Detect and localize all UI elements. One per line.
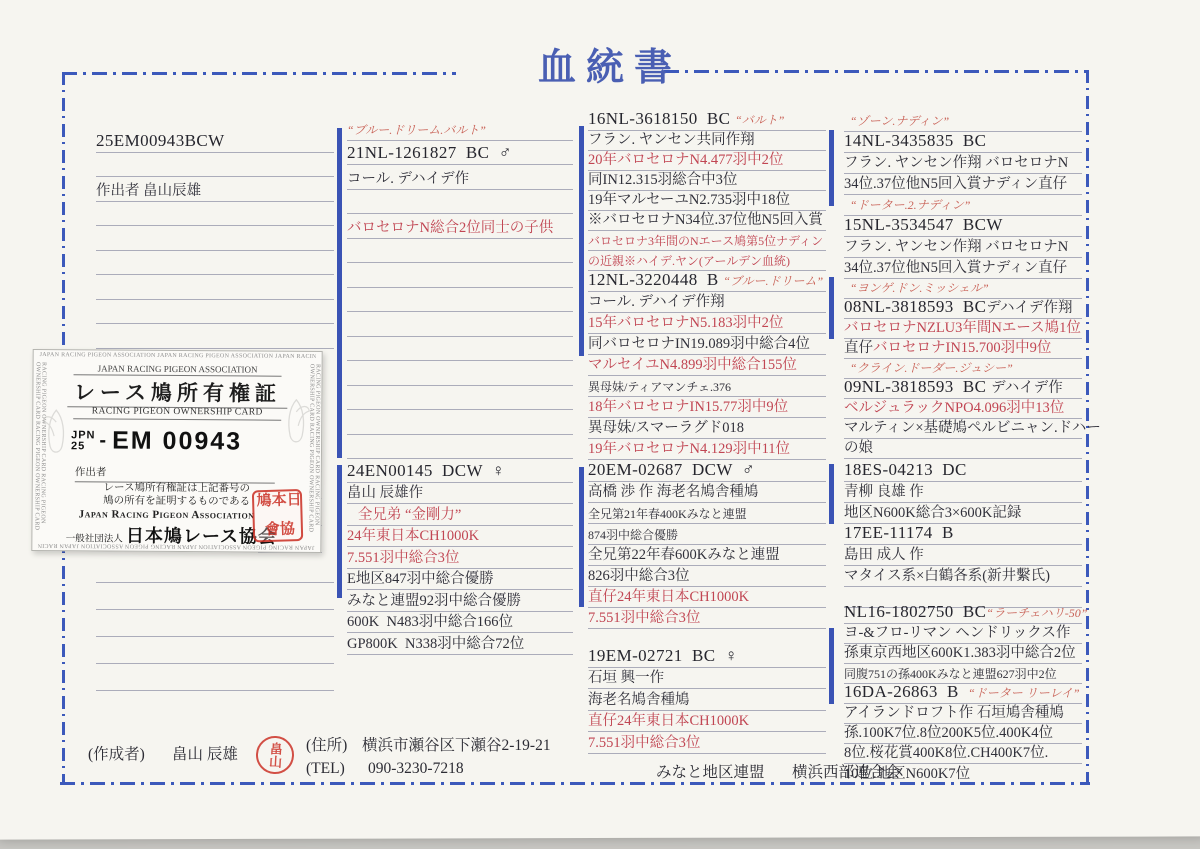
pedigree-text: フラン. ヤンセン作翔 バロセロナN [844, 235, 1068, 256]
pigeon-engraving-icon [41, 408, 71, 465]
card-title-japanese: レース鳩所有権証 [67, 376, 287, 409]
pedigree-text: “ブルー.ドリーム.バルト” [347, 121, 486, 139]
ownership-card: JAPAN RACING PIGEON ASSOCIATION JAPAN RA… [31, 349, 322, 553]
pedigree-line: 直仔バロセロナIN15.700羽中9位 [844, 339, 1082, 359]
pedigree-line: 高橋 渉 作 海老名鳩舎種鳩 [588, 482, 826, 503]
pedigree-text: 海老名鳩舎種鳩 [588, 688, 690, 709]
pedigree-block-gg2: “ヨンゲ.ドン.ミッシェル”08NL-3818593 BCデハイデ作翔バロセロナ… [844, 279, 1082, 459]
pedigree-line: フラン. ヤンセン作翔 バロセロナN [844, 237, 1082, 258]
pedigree-text: 34位.37位他N5回入賞ナディン直仔 [844, 256, 1067, 277]
pedigree-line: 孫東京西地区600K1.383羽中総合2位 [844, 644, 1082, 664]
pedigree-line [96, 556, 334, 583]
pedigree-text: デハイデ作翔 [986, 296, 1072, 317]
pedigree-line [347, 410, 573, 435]
column-divider-bar [829, 130, 834, 206]
pedigree-line [347, 288, 573, 313]
pedigree-line: 全兄弟 “金剛力” [347, 504, 573, 526]
pedigree-text: 青柳 良雄 作 [844, 480, 924, 501]
pedigree-line [347, 239, 573, 264]
pedigree-line: 同バロセロナIN19.089羽中総合4位 [588, 334, 826, 355]
pedigree-text: E地区847羽中総合優勝 [347, 567, 494, 588]
ring-country: JPN [71, 430, 95, 441]
pedigree-text: 826羽中総合3位 [588, 564, 690, 585]
pedigree-text: “ブルー.ドリーム” [723, 272, 823, 290]
pedigree-block-gg1: “ゾーン.ナディン”14NL-3435835 BCフラン. ヤンセン作翔 バロセ… [844, 111, 1082, 279]
pedigree-block-mgd: 19EM-02721 BC ♀石垣 興一作海老名鳩舎種鳩直仔24年東日本CH10… [588, 646, 826, 754]
card-corporate-type: 一般社団法人 [66, 534, 123, 544]
column-divider-bar [829, 464, 834, 524]
pedigree-block-pgd: 12NL-3220448 B “ブルー.ドリーム”コール. デハイデ作翔15年バ… [588, 271, 826, 460]
pedigree-line [347, 386, 573, 411]
pedigree-line [96, 251, 334, 276]
pedigree-text: バロセロナNZLU3年間Nエース鳩1位 [844, 316, 1081, 337]
pedigree-text: 直仔 [844, 336, 873, 357]
pedigree-text: 21NL-1261827 BC ♂ [347, 143, 512, 163]
pedigree-line: 全兄第21年春400Kみなと連盟 [588, 503, 826, 524]
pedigree-text: 24年東日本CH1000K [347, 524, 479, 545]
pedigree-text: 孫.100K7位.8位200K5位.400K4位 [844, 721, 1053, 742]
pedigree-line [96, 300, 334, 325]
seal-text: 協會 [263, 520, 294, 540]
pedigree-text: 34位.37位他N5回入賞ナディン直仔 [844, 172, 1067, 193]
pedigree-line: バロセロナN総合2位同士の子供 [347, 214, 573, 239]
pedigree-text: 孫東京西地区600K1.383羽中総合2位 [844, 641, 1076, 662]
column-divider-bar [829, 628, 834, 704]
pedigree-text: 石垣 興一作 [588, 666, 664, 687]
pedigree-line: 全兄第22年春600Kみなと連盟 [588, 545, 826, 566]
pedigree-text: 16NL-3618150 BC [588, 109, 735, 129]
pedigree-line: “ドーター.2.ナディン” [844, 195, 1082, 216]
card-ring-number: JPN25 - EM 00943 [71, 426, 285, 456]
ring-separator: - [99, 429, 106, 452]
pedigree-line [347, 312, 573, 337]
pedigree-text: 同腹751の孫400Kみなと連盟627羽中2位 [844, 665, 1057, 682]
pedigree-line: 600K N483羽中総合166位 [347, 612, 573, 634]
pedigree-text: フラン. ヤンセン共同作翔 [588, 128, 755, 149]
pedigree-line: E地区847羽中総合優勝 [347, 569, 573, 591]
pedigree-text: 19年バロセロナN4.129羽中11位 [588, 437, 790, 458]
column-divider-bar [337, 465, 342, 598]
pedigree-text: 16DA-26863 B [844, 682, 968, 702]
pedigree-text: 874羽中総合優勝 [588, 526, 678, 543]
pedigree-text: “ドーター リーレイ” [968, 684, 1080, 702]
pedigree-text: マルティン×基礎鳩ペルビニャン.ドハー [844, 416, 1101, 437]
pedigree-text: NL16-1802750 BC [844, 602, 986, 622]
pedigree-line: 826羽中総合3位 [588, 566, 826, 587]
pedigree-line [96, 637, 334, 664]
pedigree-line: 24EN00145 DCW ♀ [347, 461, 573, 483]
pedigree-text: 7.551羽中総合3位 [588, 606, 700, 627]
card-association-en: JAPAN RACING PIGEON ASSOCIATION [74, 363, 282, 376]
pedigree-line: マタイス系×白鶴各系(新井繫氏) [844, 566, 1082, 587]
pedigree-text: 08NL-3818593 BC [844, 297, 986, 317]
pedigree-line [347, 435, 573, 460]
seal-text: 日本鳩 [254, 491, 300, 520]
pedigree-block-dam: 24EN00145 DCW ♀畠山 辰雄作 全兄弟 “金剛力”24年東日本CH1… [347, 461, 573, 655]
pedigree-text: 19年マルセーユN2.735羽中18位 [588, 188, 790, 209]
pedigree-text: 12NL-3220448 B [588, 270, 723, 290]
border-top-right [664, 70, 1088, 73]
pedigree-text: フラン. ヤンセン作翔 バロセロナN [844, 151, 1068, 172]
pedigree-line: “ブルー.ドリーム.バルト” [347, 116, 573, 141]
pedigree-text: “ヨンゲ.ドン.ミッシェル” [844, 279, 989, 297]
pedigree-line [96, 202, 334, 227]
pedigree-text: GP800K N338羽中総合72位 [347, 632, 524, 653]
pedigree-text: 7.551羽中総合3位 [347, 546, 459, 567]
pedigree-text: 7.551羽中総合3位 [588, 731, 700, 752]
pedigree-line: 同腹751の孫400Kみなと連盟627羽中2位 [844, 664, 1082, 684]
pedigree-block-mgs: 20EM-02687 DCW ♂高橋 渉 作 海老名鳩舎種鳩全兄第21年春400… [588, 461, 826, 629]
pedigree-text: “ゾーン.ナディン” [844, 112, 949, 130]
pedigree-line [347, 263, 573, 288]
pedigree-line: 青柳 良雄 作 [844, 482, 1082, 503]
pedigree-text: 地区N600K総合3×600K記録 [844, 501, 1021, 522]
pedigree-line: マルティン×基礎鳩ペルビニャン.ドハー [844, 419, 1082, 439]
pedigree-line: 作出者 畠山辰雄 [96, 177, 334, 202]
pedigree-line: みなと連盟92羽中総合優勝 [347, 590, 573, 612]
pedigree-text: 09NL-3818593 BC [844, 377, 991, 397]
pedigree-line: バロセロナ3年間のNエース鳩第5位ナディン [588, 231, 826, 251]
pedigree-text: ヨ-&フロ-リマン ヘンドリックス作 [844, 621, 1071, 642]
pedigree-line: 異母妹/ティアマンチェ.376 [588, 376, 826, 397]
pedigree-line: マルセイユN4.899羽中総合155位 [588, 355, 826, 376]
column-divider-bar [579, 467, 584, 607]
pedigree-line [96, 153, 334, 178]
pedigree-line: 21NL-1261827 BC ♂ [347, 141, 573, 166]
pedigree-line [96, 324, 334, 349]
pedigree-text: 25EM00943BCW [96, 131, 225, 151]
pedigree-line: 18年バロセロナIN15.77羽中9位 [588, 397, 826, 418]
pedigree-line: 畠山 辰雄作 [347, 483, 573, 505]
pedigree-text: 異母妹/ティアマンチェ.376 [588, 378, 731, 395]
pedigree-line: の娘 [844, 439, 1082, 459]
pedigree-text: 異母妹/スマーラグド018 [588, 416, 744, 437]
pedigree-text: “ドーター.2.ナディン” [844, 196, 970, 214]
pedigree-line: 34位.37位他N5回入賞ナディン直仔 [844, 258, 1082, 279]
pedigree-text: 20EM-02687 DCW ♂ [588, 460, 755, 480]
pedigree-text: 全兄第22年春600Kみなと連盟 [588, 543, 780, 564]
pedigree-line: 海老名鳩舎種鳩 [588, 689, 826, 711]
pedigree-line: 15年バロセロナN5.183羽中2位 [588, 313, 826, 334]
pedigree-text: 同IN12.315羽総合中3位 [588, 168, 737, 189]
page-title: 血統書 [530, 36, 690, 91]
pedigree-line: 7.551羽中総合3位 [588, 732, 826, 754]
pedigree-line: 島田 成人 作 [844, 545, 1082, 566]
pedigree-text: 14NL-3435835 BC [844, 131, 986, 151]
pedigree-line: 10位.地区N600K7位 [844, 764, 1082, 784]
pedigree-text: 600K N483羽中総合166位 [347, 610, 513, 631]
pedigree-line: 7.551羽中総合3位 [347, 547, 573, 569]
pedigree-line: 12NL-3220448 B “ブルー.ドリーム” [588, 271, 826, 292]
pedigree-line: コール. デハイデ作 [347, 165, 573, 190]
column-divider-bar [579, 126, 584, 356]
pedigree-line [96, 583, 334, 610]
pedigree-line: 7.551羽中総合3位 [588, 608, 826, 629]
pedigree-block-subject: 25EM00943BCW作出者 畠山辰雄 [96, 128, 334, 349]
pedigree-line: 14NL-3435835 BC [844, 132, 1082, 153]
pedigree-text: 18ES-04213 DC [844, 460, 967, 480]
pedigree-line: 874羽中総合優勝 [588, 524, 826, 545]
pedigree-text: 19EM-02721 BC ♀ [588, 646, 738, 666]
pedigree-text: “バルト” [735, 111, 784, 129]
pedigree-text: バロセロナIN15.700羽中9位 [873, 336, 1051, 357]
pedigree-block-gg3: 18ES-04213 DC青柳 良雄 作地区N600K総合3×600K記録17E… [844, 461, 1082, 608]
pedigree-text: 20年バロセロナN4.477羽中2位 [588, 148, 783, 169]
pedigree-text: 直仔24年東日本CH1000K [588, 585, 749, 606]
pedigree-line: 18ES-04213 DC [844, 461, 1082, 482]
pedigree-text: “クライン.ドーダー.ジュシー” [844, 359, 1013, 377]
pedigree-text: ベルジュラックNPO4.096羽中13位 [844, 396, 1064, 417]
pedigree-text: “ラーチェハリ-50” [986, 604, 1087, 622]
card-title-english: RACING PIGEON OWNERSHIP CARD [73, 406, 281, 420]
pedigree-text: 同バロセロナIN19.089羽中総合4位 [588, 332, 810, 353]
pedigree-text: 畠山 辰雄作 [347, 481, 423, 502]
pedigree-block-pgs: 16NL-3618150 BC “バルト”フラン. ヤンセン共同作翔20年バロセ… [588, 111, 826, 271]
border-top-left [62, 72, 456, 75]
pedigree-text: 10位.地区N600K7位 [844, 762, 970, 783]
pedigree-text: アイランドロフト作 石垣鳩舎種鳩 [844, 701, 1064, 722]
pedigree-text: の近親※ハイデ.ヤン(アールデン血統) [588, 252, 790, 269]
pedigree-text: 8位.桜花賞400K8位.CH400K7位. [844, 741, 1048, 762]
pedigree-text: ※バロセロナN34位.37位他N5回入賞 [588, 208, 823, 229]
pedigree-line: 24年東日本CH1000K [347, 526, 573, 548]
pedigree-line [96, 664, 334, 691]
pedigree-line: 地区N600K総合3×600K記録 [844, 503, 1082, 524]
pedigree-text: 高橋 渉 作 海老名鳩舎種鳩 [588, 480, 758, 501]
pedigree-line: 直仔24年東日本CH1000K [588, 587, 826, 608]
pedigree-line: 17EE-11174 B [844, 524, 1082, 545]
pedigree-text: バロセロナ3年間のNエース鳩第5位ナディン [588, 232, 823, 249]
pedigree-line: 異母妹/スマーラグド018 [588, 418, 826, 439]
pedigree-line [347, 337, 573, 362]
pedigree-text: 全兄弟 “金剛力” [347, 503, 461, 524]
pedigree-line [96, 610, 334, 637]
pedigree-line: の近親※ハイデ.ヤン(アールデン血統) [588, 251, 826, 271]
column-divider-bar [829, 277, 834, 339]
pedigree-text: マルセイユN4.899羽中総合155位 [588, 353, 797, 374]
pedigree-line: 石垣 興一作 [588, 668, 826, 690]
pedigree-line [347, 190, 573, 215]
pedigree-text: 18年バロセロナIN15.77羽中9位 [588, 395, 788, 416]
pedigree-text: バロセロナN総合2位同士の子供 [347, 216, 553, 237]
pedigree-text: の娘 [844, 436, 873, 457]
pedigree-text: 島田 成人 作 [844, 543, 924, 564]
ring-number: EM 00943 [112, 427, 242, 457]
pedigree-text: みなと連盟92羽中総合優勝 [347, 589, 521, 610]
pedigree-line: 19EM-02721 BC ♀ [588, 646, 826, 668]
pedigree-line: ※バロセロナN34位.37位他N5回入賞 [588, 211, 826, 231]
pedigree-text: 直仔24年東日本CH1000K [588, 709, 749, 730]
card-edge-text: JAPAN RACING PIGEON ASSOCIATION JAPAN RA… [40, 352, 316, 360]
pedigree-line: フラン. ヤンセン作翔 バロセロナN [844, 153, 1082, 174]
pedigree-line: 15NL-3534547 BCW [844, 216, 1082, 237]
card-association-en-bottom: Japan Racing Pigeon Association [47, 508, 287, 522]
pedigree-line: 19年バロセロナN4.129羽中11位 [588, 439, 826, 460]
association-seal: 日本鳩協會 [252, 489, 303, 542]
pedigree-text: コール. デハイデ作翔 [588, 290, 725, 311]
pedigree-line [96, 226, 334, 251]
pedigree-text: 17EE-11174 B [844, 523, 954, 543]
pedigree-block-subject-bottom [96, 556, 334, 691]
pedigree-text: マタイス系×白鶴各系(新井繫氏) [844, 564, 1050, 585]
pedigree-block-sire: “ブルー.ドリーム.バルト”21NL-1261827 BC ♂コール. デハイデ… [347, 116, 573, 459]
pedigree-line: 直仔24年東日本CH1000K [588, 711, 826, 733]
pedigree-text: 15NL-3534547 BCW [844, 215, 1003, 235]
pedigree-line [347, 361, 573, 386]
pedigree-line: “ゾーン.ナディン” [844, 111, 1082, 132]
pedigree-text: 15年バロセロナN5.183羽中2位 [588, 311, 783, 332]
ring-year: 25 [71, 441, 95, 452]
pedigree-text: デハイデ作 [991, 376, 1063, 397]
column-divider-bar [337, 128, 342, 458]
pedigree-line: 25EM00943BCW [96, 128, 334, 153]
pedigree-block-gg4: NL16-1802750 BC“ラーチェハリ-50”ヨ-&フロ-リマン ヘンドリ… [844, 604, 1082, 784]
pedigree-text: 作出者 畠山辰雄 [96, 179, 201, 200]
pedigree-line [96, 275, 334, 300]
pedigree-line: コール. デハイデ作翔 [588, 292, 826, 313]
pedigree-line: 20EM-02687 DCW ♂ [588, 461, 826, 482]
pedigree-text: コール. デハイデ作 [347, 167, 469, 188]
pedigree-line: 8位.桜花賞400K8位.CH400K7位. [844, 744, 1082, 764]
pedigree-text: 全兄第21年春400Kみなと連盟 [588, 505, 747, 522]
pedigree-text: 24EN00145 DCW ♀ [347, 461, 505, 481]
pedigree-line: 34位.37位他N5回入賞ナディン直仔 [844, 174, 1082, 195]
pedigree-line: GP800K N338羽中総合72位 [347, 633, 573, 655]
